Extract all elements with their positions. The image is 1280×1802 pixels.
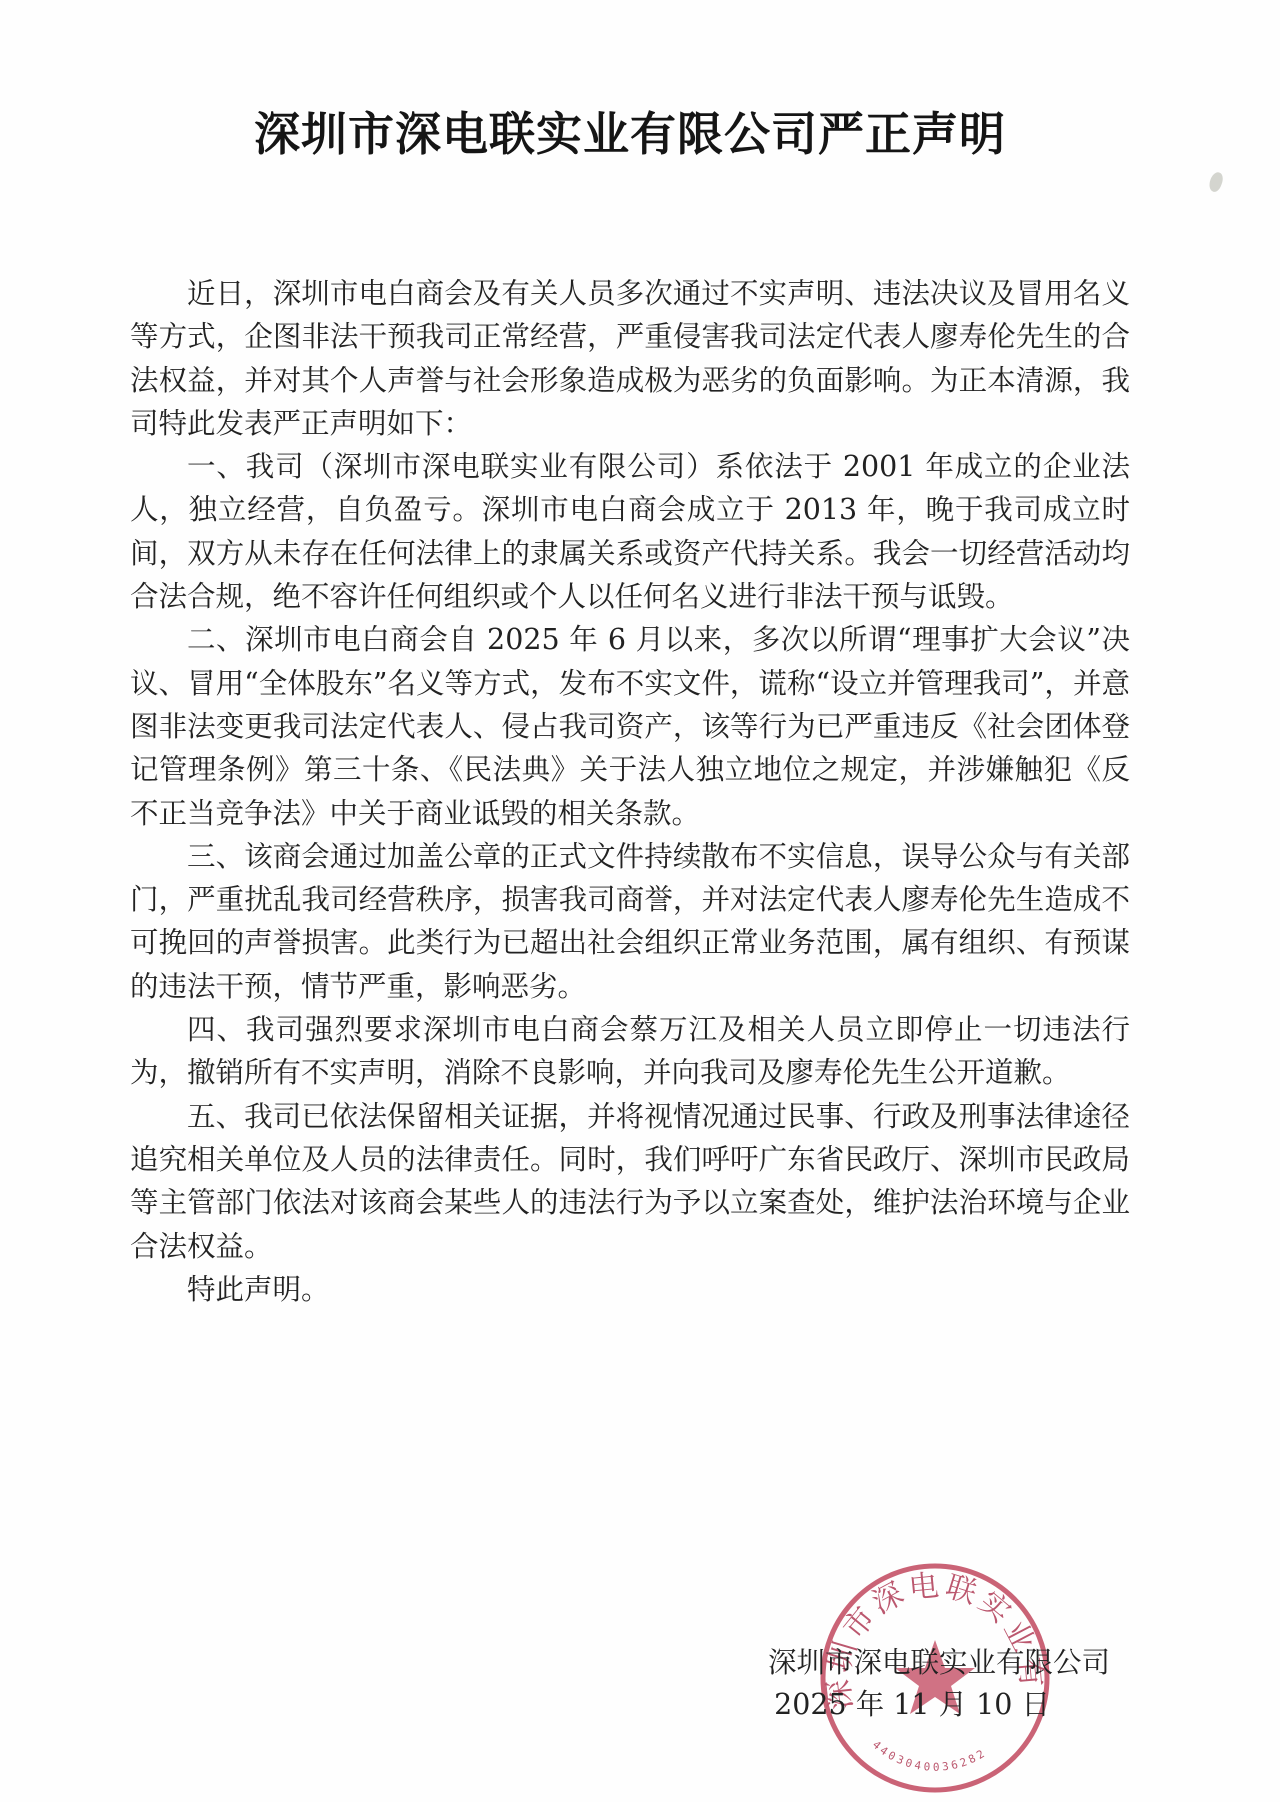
svg-text:4403040036282: 4403040036282 (870, 1738, 989, 1774)
clause-5-paragraph: 五、我司已依法保留相关证据，并将视情况通过民事、行政及刑事法律途径追究相关单位及… (130, 1095, 1130, 1268)
signature-company: 深圳市深电联实业有限公司 (730, 1642, 1110, 1684)
paper-smudge (1207, 171, 1225, 194)
clause-4-paragraph: 四、我司强烈要求深圳市电白商会蔡万江及相关人员立即停止一切违法行为，撤销所有不实… (130, 1008, 1130, 1095)
clause-2-paragraph: 二、深圳市电白商会自 2025 年 6 月以来，多次以所谓“理事扩大会议”决议、… (130, 618, 1130, 834)
document-page: 深圳市深电联实业有限公司严正声明 近日，深圳市电白商会及有关人员多次通过不实声明… (0, 0, 1280, 1802)
intro-paragraph: 近日，深圳市电白商会及有关人员多次通过不实声明、违法决议及冒用名义等方式，企图非… (130, 272, 1130, 445)
clause-1-paragraph: 一、我司（深圳市深电联实业有限公司）系依法于 2001 年成立的企业法人，独立经… (130, 445, 1130, 618)
clause-3-paragraph: 三、该商会通过加盖公章的正式文件持续散布不实信息，误导公众与有关部门，严重扰乱我… (130, 835, 1130, 1008)
signature-date: 2025 年 11 月 10 日 (730, 1684, 1110, 1726)
stamp-code: 4403040036282 (870, 1738, 989, 1774)
closing-statement: 特此声明。 (130, 1268, 1130, 1311)
document-title: 深圳市深电联实业有限公司严正声明 (0, 98, 1260, 164)
signature-block: 深圳市深电联实业有限公司 2025 年 11 月 10 日 (730, 1642, 1110, 1726)
document-body: 近日，深圳市电白商会及有关人员多次通过不实声明、违法决议及冒用名义等方式，企图非… (130, 272, 1130, 1311)
